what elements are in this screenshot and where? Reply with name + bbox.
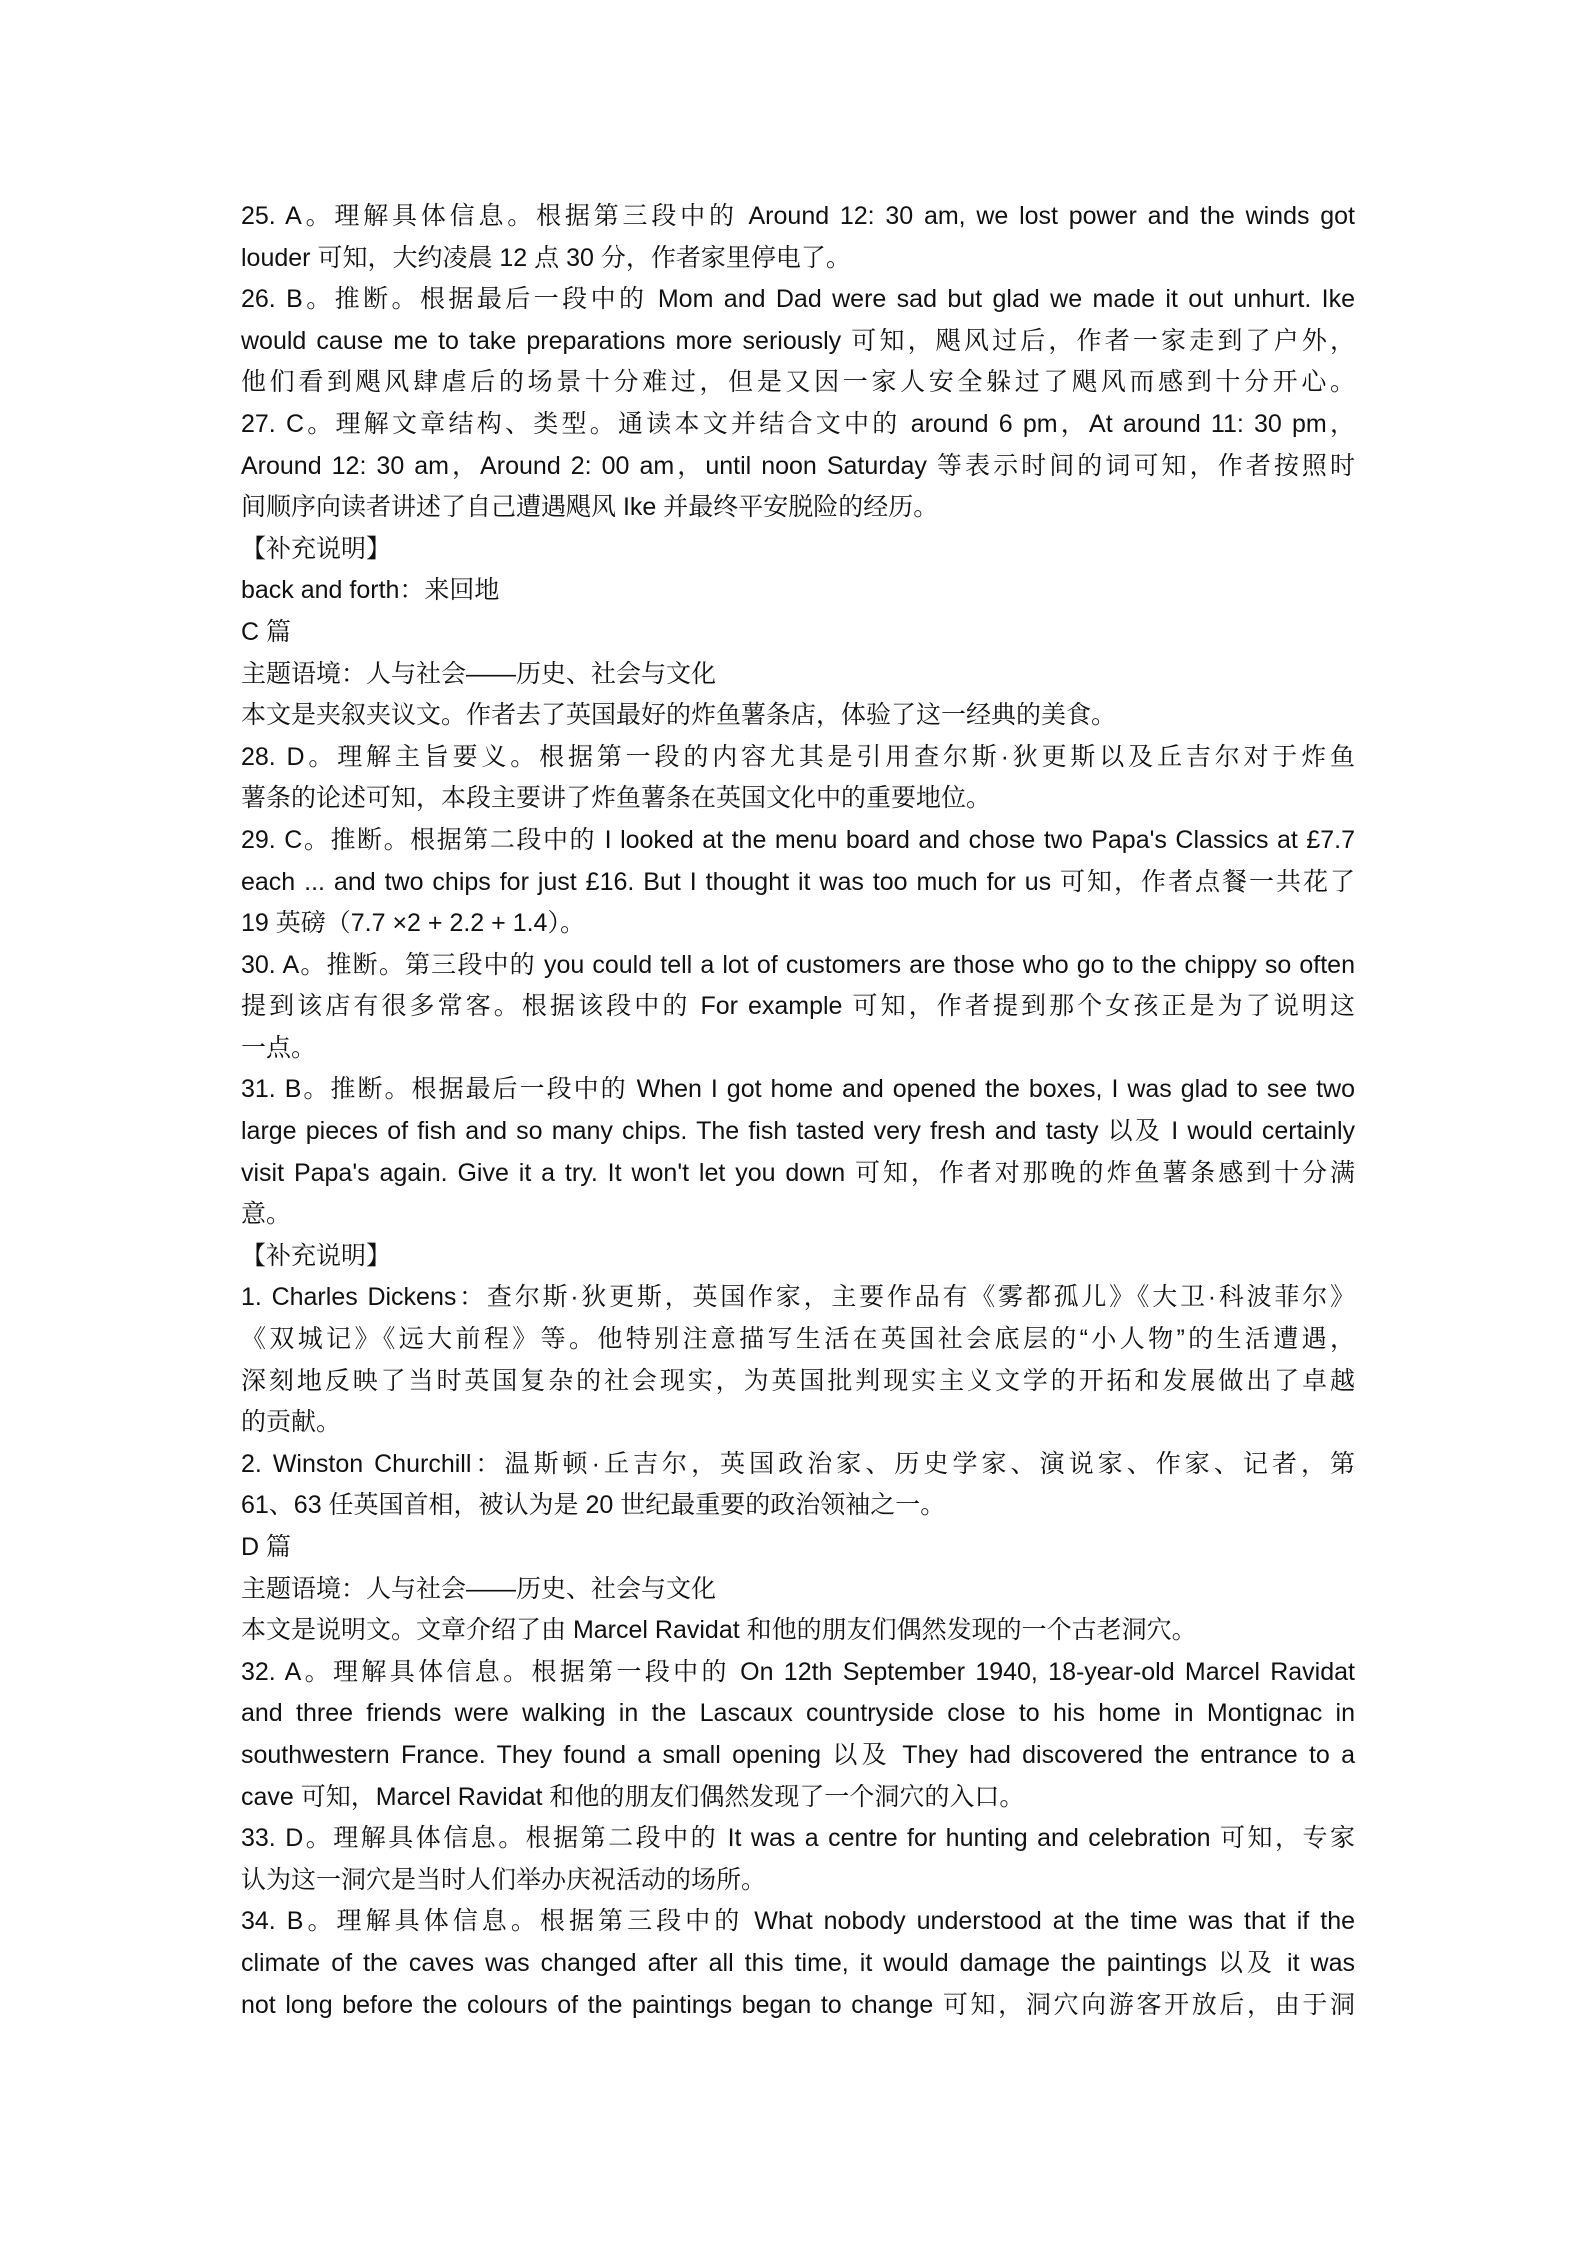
answer-30-line-2: 提到该店有很多常客。根据该段中的 For example 可知，作者提到那个女孩… — [241, 986, 1355, 1028]
supplement-c-note-2-line-2: 61、63 任英国首相，被认为是 20 世纪最重要的政治领袖之一。 — [241, 1485, 1355, 1527]
answer-27-line-1: 27. C。理解文章结构、类型。通读本文并结合文中的 around 6 pm，A… — [241, 404, 1355, 446]
supplement-b-note: back and forth：来回地 — [241, 570, 1355, 612]
answer-29-line-2: each ... and two chips for just £16. But… — [241, 862, 1355, 904]
answer-26-line-2: would cause me to take preparations more… — [241, 321, 1355, 363]
answer-34-line-1: 34. B。理解具体信息。根据第三段中的 What nobody underst… — [241, 1901, 1355, 1943]
answer-33-line-1: 33. D。理解具体信息。根据第二段中的 It was a centre for… — [241, 1818, 1355, 1860]
answer-34-line-3: not long before the colours of the paint… — [241, 1985, 1355, 2027]
supplement-c-note-1-line-2: 《双城记》《远大前程》等。他特别注意描写生活在英国社会底层的“小人物”的生活遭遇… — [241, 1319, 1355, 1361]
section-d-heading: D 篇 — [241, 1527, 1355, 1569]
answer-28-line-2: 薯条的论述可知，本段主要讲了炸鱼薯条在英国文化中的重要地位。 — [241, 778, 1355, 820]
answer-31-line-3: visit Papa's again. Give it a try. It wo… — [241, 1153, 1355, 1195]
answer-26-line-1: 26. B。推断。根据最后一段中的 Mom and Dad were sad b… — [241, 279, 1355, 321]
answer-explanation-page: 25. A。理解具体信息。根据第三段中的 Around 12: 30 am, w… — [241, 196, 1355, 2026]
answer-31-line-4: 意。 — [241, 1194, 1355, 1236]
answer-34-line-2: climate of the caves was changed after a… — [241, 1943, 1355, 1985]
supplement-c-note-1-line-3: 深刻地反映了当时英国复杂的社会现实，为英国批判现实主义文学的开拓和发展做出了卓越 — [241, 1361, 1355, 1403]
supplement-c-note-2-line-1: 2. Winston Churchill：温斯顿·丘吉尔，英国政治家、历史学家、… — [241, 1444, 1355, 1486]
answer-32-line-2: and three friends were walking in the La… — [241, 1693, 1355, 1735]
supplement-c-note-1-line-4: 的贡献。 — [241, 1402, 1355, 1444]
section-c-heading: C 篇 — [241, 612, 1355, 654]
answer-27-line-2: Around 12: 30 am，Around 2: 00 am，until n… — [241, 446, 1355, 488]
supplement-heading-b: 【补充说明】 — [241, 529, 1355, 571]
answer-31-line-1: 31. B。推断。根据最后一段中的 When I got home and op… — [241, 1069, 1355, 1111]
answer-31-line-2: large pieces of fish and so many chips. … — [241, 1111, 1355, 1153]
section-d-summary: 本文是说明文。文章介绍了由 Marcel Ravidat 和他的朋友们偶然发现的… — [241, 1610, 1355, 1652]
answer-27-line-3: 间顺序向读者讲述了自己遭遇飓风 Ike 并最终平安脱险的经历。 — [241, 487, 1355, 529]
answer-32-line-4: cave 可知，Marcel Ravidat 和他的朋友们偶然发现了一个洞穴的入… — [241, 1777, 1355, 1819]
answer-32-line-1: 32. A。理解具体信息。根据第一段中的 On 12th September 1… — [241, 1652, 1355, 1694]
answer-26-line-3: 他们看到飓风肆虐后的场景十分难过，但是又因一家人安全躲过了飓风而感到十分开心。 — [241, 362, 1355, 404]
answer-25-line-1: 25. A。理解具体信息。根据第三段中的 Around 12: 30 am, w… — [241, 196, 1355, 238]
section-c-summary: 本文是夹叙夹议文。作者去了英国最好的炸鱼薯条店，体验了这一经典的美食。 — [241, 695, 1355, 737]
supplement-c-note-1-line-1: 1. Charles Dickens：查尔斯·狄更斯，英国作家，主要作品有《雾都… — [241, 1277, 1355, 1319]
answer-29-line-3: 19 英磅（7.7 ×2 + 2.2 + 1.4）。 — [241, 903, 1355, 945]
answer-29-line-1: 29. C。推断。根据第二段中的 I looked at the menu bo… — [241, 820, 1355, 862]
section-d-theme: 主题语境：人与社会——历史、社会与文化 — [241, 1569, 1355, 1611]
answer-30-line-1: 30. A。推断。第三段中的 you could tell a lot of c… — [241, 945, 1355, 987]
supplement-heading-c: 【补充说明】 — [241, 1236, 1355, 1278]
answer-25-line-2: louder 可知，大约凌晨 12 点 30 分，作者家里停电了。 — [241, 238, 1355, 280]
answer-30-line-3: 一点。 — [241, 1028, 1355, 1070]
answer-33-line-2: 认为这一洞穴是当时人们举办庆祝活动的场所。 — [241, 1860, 1355, 1902]
answer-32-line-3: southwestern France. They found a small … — [241, 1735, 1355, 1777]
answer-28-line-1: 28. D。理解主旨要义。根据第一段的内容尤其是引用查尔斯·狄更斯以及丘吉尔对于… — [241, 737, 1355, 779]
section-c-theme: 主题语境：人与社会——历史、社会与文化 — [241, 654, 1355, 696]
